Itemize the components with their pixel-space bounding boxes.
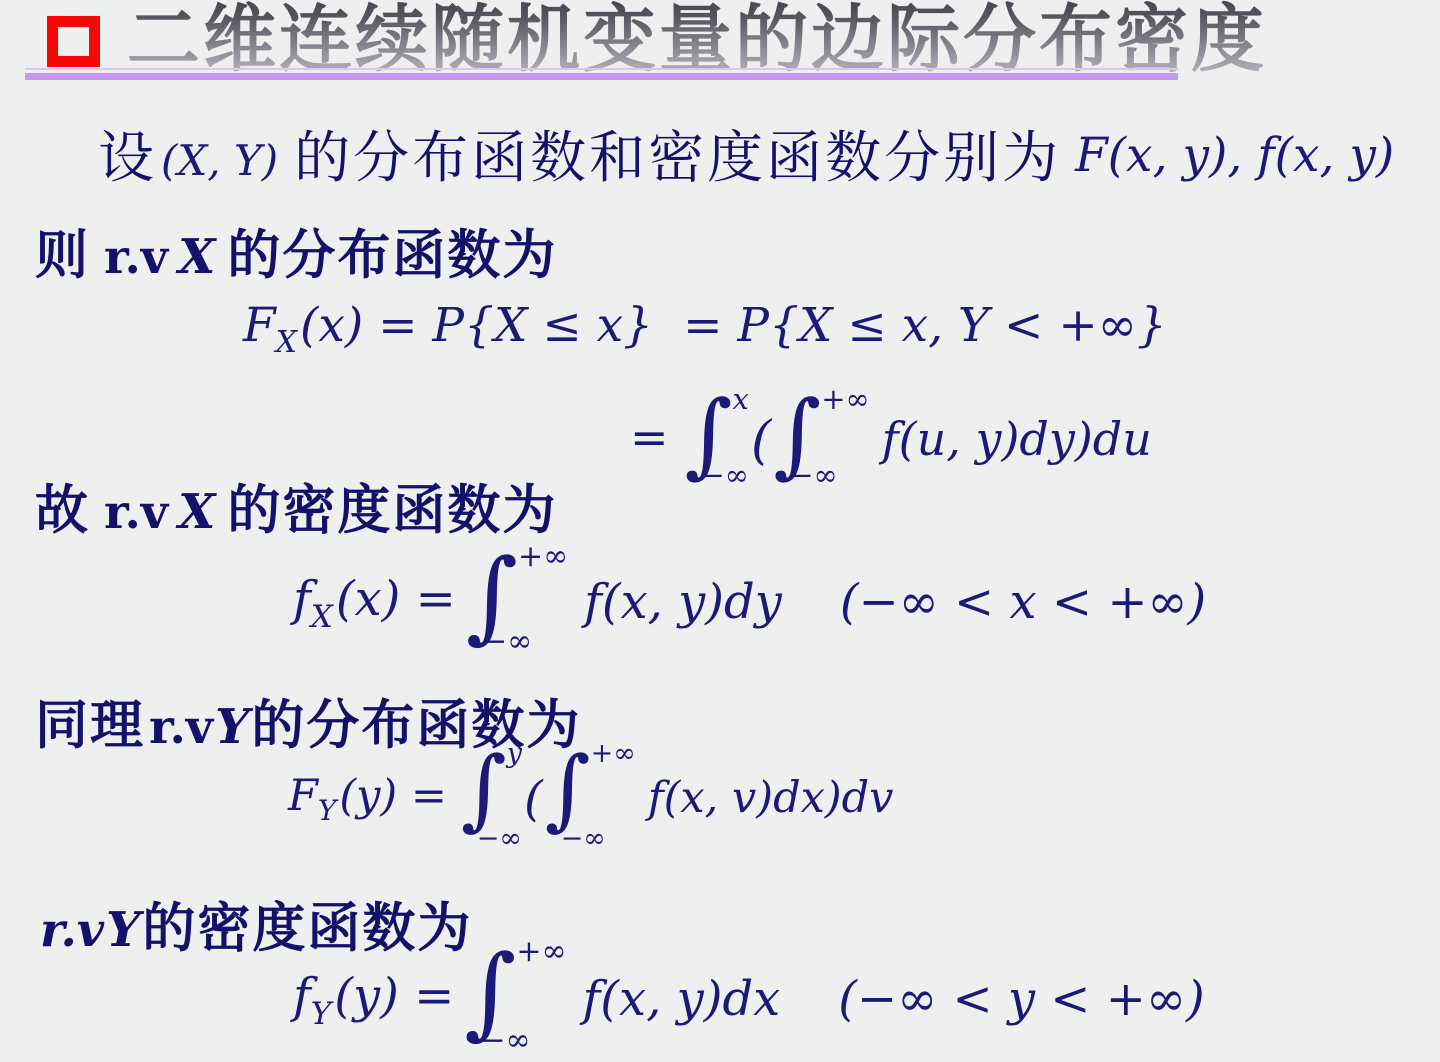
integral-upper-limit: +∞ — [516, 934, 566, 969]
label-pdf-y-rv: r.v — [40, 903, 104, 958]
integral: ∫ +∞ −∞ — [466, 539, 568, 659]
domain-range: (−∞ < x < +∞) — [840, 574, 1206, 630]
formula-fx-cdf-lhs: F — [243, 298, 276, 353]
formula-fx-pdf-lhs-rest: (x) = — [336, 571, 456, 627]
formula-fx-pdf-lhs-group: f X (x) = — [293, 571, 456, 627]
formula-fx-cdf-lhs-sub: X — [276, 325, 297, 360]
formula-fx-pdf-lhs: f — [293, 571, 311, 627]
intro-tail-math: F(x, y), f(x, y) — [1075, 128, 1394, 183]
intro-line: 设 (X, Y) 的分布函数和密度函数分别为 F(x, y), f(x, y) — [98, 114, 1394, 194]
formula-fy-pdf-lhs-rest: (y) = — [334, 968, 454, 1024]
formula-fy-pdf-lhs-sub: Y — [311, 996, 331, 1032]
label-cdf-y-var: Y — [215, 699, 249, 755]
formula-fy-cdf-lhs-sub: Y — [318, 794, 336, 827]
formula-fy-cdf-lhs-rest: (y) = — [339, 771, 447, 821]
intro-body: 的分布函数和密度函数分别为 — [294, 114, 1061, 194]
integral-lower-limit: −∞ — [477, 823, 522, 854]
formula-fy-cdf-lhs: F — [288, 771, 318, 821]
integral-lower-limit: −∞ — [700, 458, 748, 492]
integral-upper-limit: +∞ — [591, 738, 636, 769]
integral-lower-limit: −∞ — [482, 624, 568, 659]
equals-sign: = — [630, 410, 669, 464]
integral-limits: +∞ −∞ — [516, 934, 566, 1058]
formula-fx-cdf-rhs: = P{X ≤ x, Y < +∞} — [683, 298, 1167, 353]
formula-fy-pdf: f Y (y) = ∫ +∞ −∞ f(x, y)dx (−∞ < y < +∞… — [293, 933, 1205, 1059]
formula-fy-cdf-lhs-group: F Y (y) = — [288, 771, 447, 821]
integrand: f(x, y)dy — [584, 574, 782, 630]
integral-lower-limit: −∞ — [789, 458, 869, 492]
intro-lead: 设 — [98, 114, 157, 194]
integral: ∫ +∞ −∞ — [464, 934, 566, 1058]
integral-lower-limit: −∞ — [480, 1023, 566, 1058]
integral-upper-limit: x — [732, 382, 748, 416]
integral-limits: y −∞ — [507, 738, 522, 854]
label-cdf-x-post: 的分布函数为 — [227, 213, 557, 289]
label-pdf-x: 故 r.v X 的密度函数为 — [35, 468, 557, 544]
integrand: f(u, y)dy)du — [882, 412, 1152, 466]
formula-fx-pdf-lhs-sub: X — [311, 599, 333, 635]
label-cdf-x-pre: 则 — [35, 213, 90, 289]
formula-fx-cdf: F X (x) = P{X ≤ x} = P{X ≤ x, Y < +∞} — [243, 298, 1167, 353]
title-underline-thick — [25, 73, 1178, 80]
label-cdf-x-rv: r.v — [104, 230, 168, 285]
label-cdf-x-var: X — [178, 229, 215, 285]
intro-pair-math: (X, Y) — [161, 136, 278, 185]
domain-range: (−∞ < y < +∞) — [838, 971, 1204, 1027]
integral-upper-limit: +∞ — [518, 539, 568, 574]
outer-integral: ∫ x −∞ — [685, 382, 749, 492]
label-cdf-y-pre: 同理 — [35, 683, 145, 759]
title-underline-thin — [25, 68, 1178, 70]
integral-upper-limit: +∞ — [821, 382, 869, 416]
formula-fx-cdf-lhs-rest: (x) = P{X ≤ x} — [300, 298, 653, 353]
integrand: f(x, y)dx — [583, 971, 781, 1027]
label-cdf-x: 则 r.v X 的分布函数为 — [35, 213, 557, 289]
integral-limits: +∞ −∞ — [518, 539, 568, 659]
formula-fy-pdf-lhs-group: f Y (y) = — [293, 968, 454, 1024]
integral-upper-limit: y — [507, 738, 522, 769]
integral-limits: +∞ −∞ — [591, 738, 636, 854]
label-pdf-x-rv: r.v — [104, 485, 168, 540]
open-paren: ( — [524, 771, 543, 827]
integrand: f(x, v)dx)dv — [648, 773, 894, 823]
formula-fy-pdf-lhs: f — [293, 968, 311, 1024]
integral-lower-limit: −∞ — [561, 823, 636, 854]
slide: 二维连续随机变量的边际分布密度 设 (X, Y) 的分布函数和密度函数分别为 F… — [0, 0, 1440, 1062]
label-cdf-y-rv: r.v — [149, 700, 213, 755]
label-pdf-x-pre: 故 — [35, 468, 90, 544]
label-pdf-y-var: Y — [106, 902, 140, 958]
formula-fx-cdf-integral: = ∫ x −∞ ( ∫ +∞ −∞ f(u, y)dy)du — [630, 381, 1152, 493]
open-paren: ( — [751, 411, 771, 471]
label-pdf-x-var: X — [178, 484, 215, 540]
formula-fx-pdf: f X (x) = ∫ +∞ −∞ f(x, y)dy (−∞ < x < +∞… — [293, 538, 1206, 660]
integral-limits: x −∞ — [732, 382, 748, 492]
formula-fy-cdf: F Y (y) = ∫ y −∞ ( ∫ +∞ −∞ f(x, v)dx)dv — [288, 737, 893, 855]
outer-integral: ∫ y −∞ — [461, 738, 522, 854]
integral-limits: +∞ −∞ — [821, 382, 869, 492]
red-square-bullet-icon — [47, 16, 100, 67]
inner-integral: ∫ +∞ −∞ — [545, 738, 636, 854]
inner-integral: ∫ +∞ −∞ — [773, 382, 869, 492]
label-pdf-x-post: 的密度函数为 — [227, 468, 557, 544]
